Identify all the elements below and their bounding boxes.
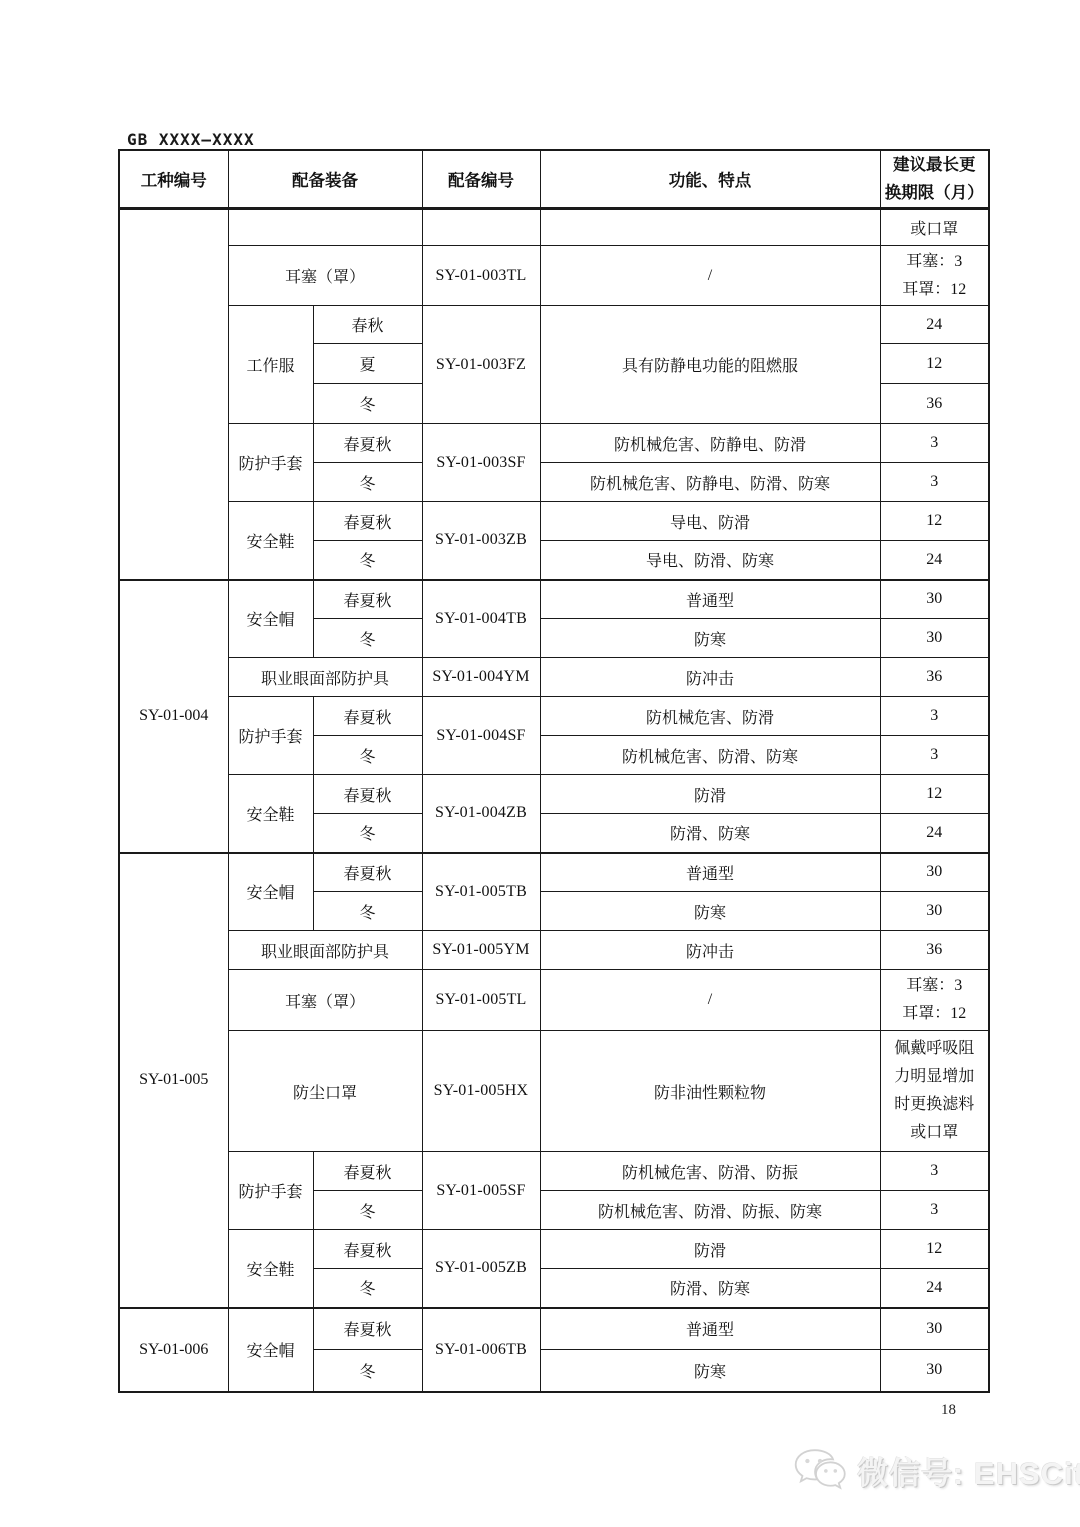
period-note: 佩戴呼吸阻力明显增加时更换滤料或口罩 — [881, 1031, 989, 1151]
cell-period: 3 — [880, 1191, 989, 1230]
table-header-row: 工种编号 配备装备 配备编号 功能、特点 建议最长更 换期限（月） — [119, 150, 989, 209]
cell-equipment-name: 安全帽 — [228, 580, 313, 658]
cell-code: SY-01-003ZB — [422, 502, 540, 580]
cell-period: 30 — [880, 1350, 989, 1392]
cell-function: 防滑、防寒 — [540, 1269, 880, 1308]
cell-function: 防机械危害、防滑、防振、防寒 — [540, 1191, 880, 1230]
table-row: 安全鞋 春夏秋 SY-01-005ZB 防滑 12 — [119, 1230, 989, 1269]
cell-season: 冬 — [313, 814, 422, 853]
cell-equipment-name: 安全鞋 — [228, 502, 313, 580]
table-row: 防尘口罩 SY-01-005HX 防非油性颗粒物 佩戴呼吸阻力明显增加时更换滤料… — [119, 1031, 989, 1152]
cell-code: SY-01-004ZB — [422, 775, 540, 853]
cell-code: SY-01-004TB — [422, 580, 540, 658]
period-earplug: 耳塞：3 — [881, 248, 989, 276]
cell-equipment-name: 职业眼面部防护具 — [228, 931, 422, 970]
cell-equipment-name: 防护手套 — [228, 424, 313, 502]
cell-season: 春夏秋 — [313, 697, 422, 736]
cell-period: 或口罩 — [880, 209, 989, 246]
cell-period: 12 — [880, 775, 989, 814]
cell-function: 防寒 — [540, 1350, 880, 1392]
cell-function: 防滑、防寒 — [540, 814, 880, 853]
cell-season: 春夏秋 — [313, 1308, 422, 1350]
cell-function: 防机械危害、防滑、防振 — [540, 1152, 880, 1191]
cell-function: 防机械危害、防滑、防寒 — [540, 736, 880, 775]
cell-equipment-name: 耳塞（罩） — [228, 246, 422, 306]
cell-function: 具有防静电功能的阻燃服 — [540, 306, 880, 424]
cell-function: 导电、防滑、防寒 — [540, 541, 880, 580]
cell-period: 30 — [880, 580, 989, 619]
cell-season: 冬 — [313, 1269, 422, 1308]
table-row: 职业眼面部防护具 SY-01-004YM 防冲击 36 — [119, 658, 989, 697]
table-row: 安全鞋 春夏秋 SY-01-003ZB 导电、防滑 12 — [119, 502, 989, 541]
cell-function: 普通型 — [540, 1308, 880, 1350]
cell-function: 防冲击 — [540, 931, 880, 970]
cell-period: 36 — [880, 658, 989, 697]
cell-period: 3 — [880, 463, 989, 502]
cell-empty-code — [422, 209, 540, 246]
table-row: SY-01-004 安全帽 春夏秋 SY-01-004TB 普通型 30 — [119, 580, 989, 619]
cell-function: 普通型 — [540, 580, 880, 619]
cell-season: 冬 — [313, 892, 422, 931]
table-row: 或口罩 — [119, 209, 989, 246]
cell-period: 耳塞：3 耳罩：12 — [880, 246, 989, 306]
cell-function: 防滑 — [540, 1230, 880, 1269]
document-code: GB XXXX—XXXX — [127, 130, 255, 149]
cell-equipment-name: 安全帽 — [228, 853, 313, 931]
watermark: 微信号: EHSCity — [793, 1446, 1080, 1494]
table-row: 职业眼面部防护具 SY-01-005YM 防冲击 36 — [119, 931, 989, 970]
cell-equipment-name: 工作服 — [228, 306, 313, 424]
table-row: 防护手套 春夏秋 SY-01-005SF 防机械危害、防滑、防振 3 — [119, 1152, 989, 1191]
cell-function: 防机械危害、防滑 — [540, 697, 880, 736]
cell-equipment-name: 职业眼面部防护具 — [228, 658, 422, 697]
cell-equipment-name: 防护手套 — [228, 1152, 313, 1230]
cell-code: SY-01-006TB — [422, 1308, 540, 1392]
page-number: 18 — [941, 1402, 956, 1419]
cell-code: SY-01-003SF — [422, 424, 540, 502]
header-period: 建议最长更 换期限（月） — [880, 150, 989, 209]
table-row: SY-01-006 安全帽 春夏秋 SY-01-006TB 普通型 30 — [119, 1308, 989, 1350]
cell-season: 春夏秋 — [313, 1230, 422, 1269]
table-row: 防护手套 春夏秋 SY-01-003SF 防机械危害、防静电、防滑 3 — [119, 424, 989, 463]
cell-work-id-prev — [119, 209, 228, 580]
table-row: SY-01-005 安全帽 春夏秋 SY-01-005TB 普通型 30 — [119, 853, 989, 892]
cell-empty-function — [540, 209, 880, 246]
cell-code: SY-01-005ZB — [422, 1230, 540, 1308]
cell-empty-equipment — [228, 209, 422, 246]
cell-code: SY-01-005SF — [422, 1152, 540, 1230]
cell-equipment-name: 安全鞋 — [228, 775, 313, 853]
cell-function: 防寒 — [540, 619, 880, 658]
cell-function: 防机械危害、防静电、防滑、防寒 — [540, 463, 880, 502]
cell-period: 3 — [880, 1152, 989, 1191]
cell-period: 12 — [880, 1230, 989, 1269]
cell-equipment-name: 耳塞（罩） — [228, 970, 422, 1031]
cell-function: / — [540, 246, 880, 306]
cell-period: 24 — [880, 541, 989, 580]
table-row: 耳塞（罩） SY-01-005TL / 耳塞：3 耳罩：12 — [119, 970, 989, 1031]
cell-code: SY-01-003TL — [422, 246, 540, 306]
period-earmuff: 耳罩：12 — [881, 1000, 989, 1028]
table-row: 防护手套 春夏秋 SY-01-004SF 防机械危害、防滑 3 — [119, 697, 989, 736]
cell-period: 30 — [880, 853, 989, 892]
cell-season: 冬 — [313, 384, 422, 424]
cell-function: 导电、防滑 — [540, 502, 880, 541]
cell-code: SY-01-004YM — [422, 658, 540, 697]
cell-season: 春夏秋 — [313, 424, 422, 463]
cell-equipment-name: 防尘口罩 — [228, 1031, 422, 1152]
table-row: 工作服 春秋 SY-01-003FZ 具有防静电功能的阻燃服 24 — [119, 306, 989, 344]
cell-work-id-004: SY-01-004 — [119, 580, 228, 853]
wechat-icon — [793, 1446, 847, 1494]
cell-function: 普通型 — [540, 853, 880, 892]
cell-period: 36 — [880, 931, 989, 970]
cell-code: SY-01-005TB — [422, 853, 540, 931]
cell-season: 冬 — [313, 541, 422, 580]
table-row: 耳塞（罩） SY-01-003TL / 耳塞：3 耳罩：12 — [119, 246, 989, 306]
cell-equipment-name: 安全鞋 — [228, 1230, 313, 1308]
cell-period: 36 — [880, 384, 989, 424]
cell-code: SY-01-005YM — [422, 931, 540, 970]
cell-season: 冬 — [313, 1350, 422, 1392]
cell-code: SY-01-005TL — [422, 970, 540, 1031]
cell-season: 冬 — [313, 619, 422, 658]
cell-function: 防机械危害、防静电、防滑 — [540, 424, 880, 463]
header-work-id: 工种编号 — [119, 150, 228, 209]
cell-season: 春夏秋 — [313, 775, 422, 814]
cell-season: 春夏秋 — [313, 853, 422, 892]
cell-season: 冬 — [313, 463, 422, 502]
cell-period: 30 — [880, 619, 989, 658]
cell-period: 24 — [880, 306, 989, 344]
cell-function: / — [540, 970, 880, 1031]
equipment-table: 工种编号 配备装备 配备编号 功能、特点 建议最长更 换期限（月） 或口罩 耳塞… — [118, 149, 990, 1393]
watermark-text: 微信号: EHSCity — [857, 1448, 1080, 1493]
cell-period: 24 — [880, 1269, 989, 1308]
cell-period: 3 — [880, 424, 989, 463]
period-earmuff: 耳罩：12 — [881, 276, 989, 304]
cell-function: 防滑 — [540, 775, 880, 814]
cell-period: 30 — [880, 892, 989, 931]
cell-period: 24 — [880, 814, 989, 853]
cell-period: 12 — [880, 502, 989, 541]
cell-season: 夏 — [313, 344, 422, 384]
cell-function: 防冲击 — [540, 658, 880, 697]
cell-code: SY-01-004SF — [422, 697, 540, 775]
header-equipment: 配备装备 — [228, 150, 422, 209]
header-period-line1: 建议最长更 — [881, 151, 989, 179]
cell-code: SY-01-005HX — [422, 1031, 540, 1152]
cell-season: 冬 — [313, 736, 422, 775]
table-row: 安全鞋 春夏秋 SY-01-004ZB 防滑 12 — [119, 775, 989, 814]
cell-code: SY-01-003FZ — [422, 306, 540, 424]
header-function: 功能、特点 — [540, 150, 880, 209]
cell-season: 春秋 — [313, 306, 422, 344]
cell-season: 春夏秋 — [313, 580, 422, 619]
header-period-line2: 换期限（月） — [881, 179, 989, 207]
cell-period: 佩戴呼吸阻力明显增加时更换滤料或口罩 — [880, 1031, 989, 1152]
cell-function: 防非油性颗粒物 — [540, 1031, 880, 1152]
cell-season: 冬 — [313, 1191, 422, 1230]
cell-equipment-name: 防护手套 — [228, 697, 313, 775]
header-code: 配备编号 — [422, 150, 540, 209]
period-earplug: 耳塞：3 — [881, 972, 989, 1000]
cell-season: 春夏秋 — [313, 502, 422, 541]
cell-work-id-005: SY-01-005 — [119, 853, 228, 1308]
cell-work-id-006: SY-01-006 — [119, 1308, 228, 1392]
cell-period: 12 — [880, 344, 989, 384]
cell-equipment-name: 安全帽 — [228, 1308, 313, 1392]
cell-period: 3 — [880, 736, 989, 775]
cell-period: 30 — [880, 1308, 989, 1350]
cell-period: 3 — [880, 697, 989, 736]
cell-function: 防寒 — [540, 892, 880, 931]
cell-season: 春夏秋 — [313, 1152, 422, 1191]
cell-period: 耳塞：3 耳罩：12 — [880, 970, 989, 1031]
